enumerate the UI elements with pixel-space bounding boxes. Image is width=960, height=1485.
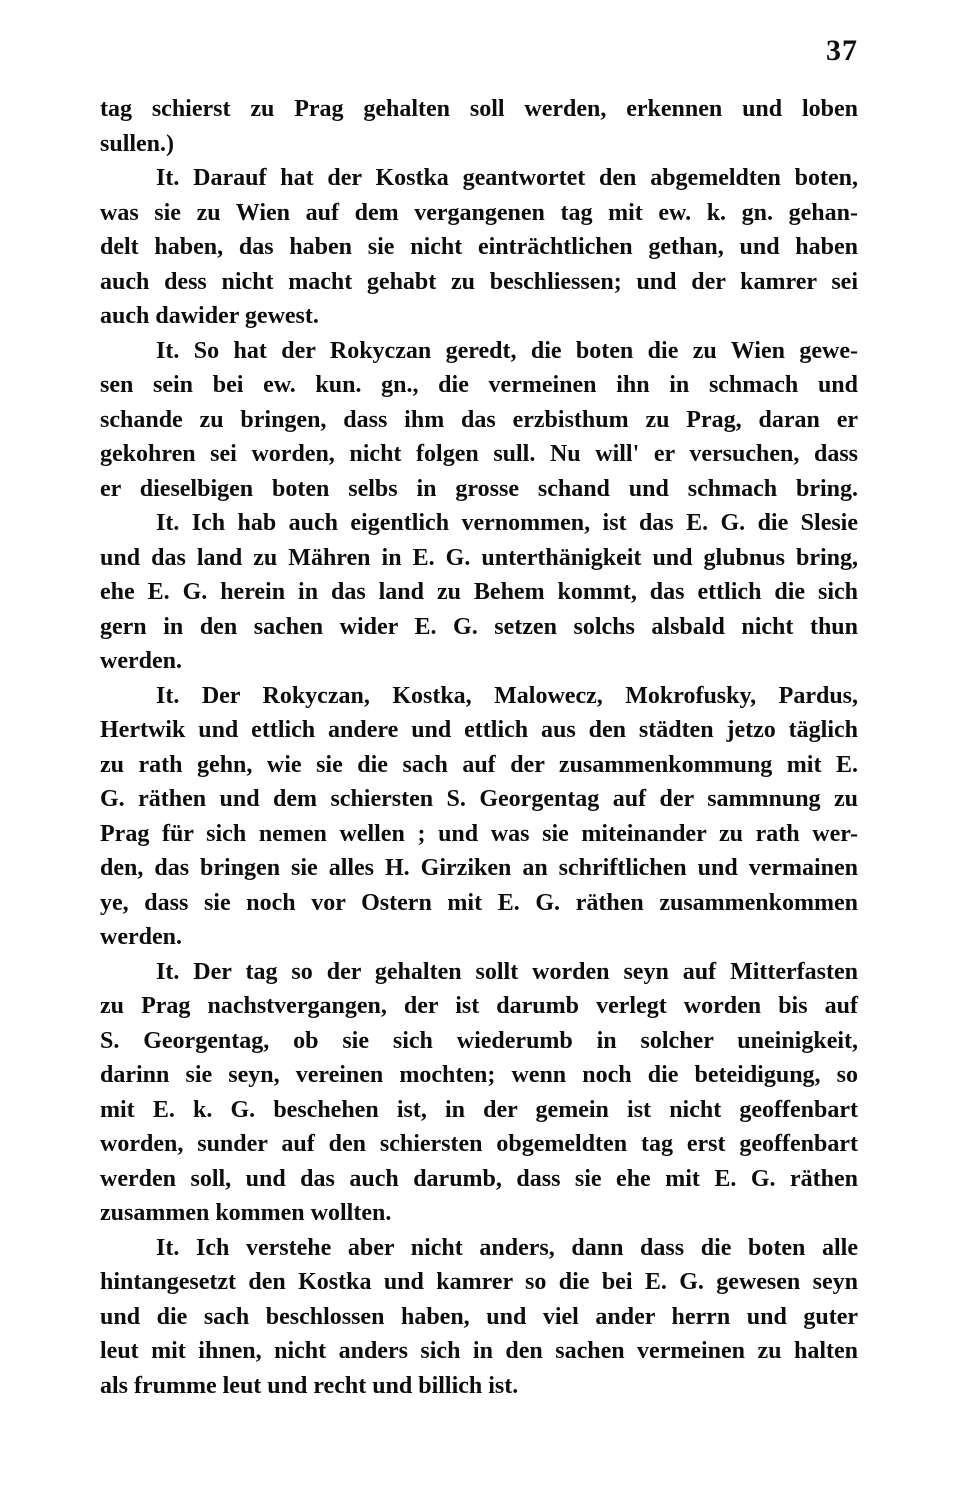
text-line: auch dawider gewest.	[100, 299, 858, 334]
text-line: mit E. k. G. beschehen ist, in der gemei…	[100, 1093, 858, 1128]
text-line: darinn sie seyn, vereinen mochten; wenn …	[100, 1058, 858, 1093]
text-line: Prag für sich nemen wellen ; und was sie…	[100, 817, 858, 852]
text-line: schande zu bringen, dass ihm das erzbist…	[100, 403, 858, 438]
text-line: werden soll, und das auch darumb, dass s…	[100, 1162, 858, 1197]
text-line: G. räthen und dem schiersten S. Georgent…	[100, 782, 858, 817]
text-line: worden, sunder auf den schiersten obgeme…	[100, 1127, 858, 1162]
text-line: It. Der Rokyczan, Kostka, Malowecz, Mokr…	[100, 679, 858, 714]
text-line: ehe E. G. herein in das land zu Behem ko…	[100, 575, 858, 610]
text-line: It. Ich verstehe aber nicht anders, dann…	[100, 1231, 858, 1266]
text-line: sullen.)	[100, 127, 858, 162]
text-line: It. Der tag so der gehalten sollt worden…	[100, 955, 858, 990]
text-line: It. Ich hab auch eigentlich vernommen, i…	[100, 506, 858, 541]
text-line: leut mit ihnen, nicht anders sich in den…	[100, 1334, 858, 1369]
text-line: gekohren sei worden, nicht folgen sull. …	[100, 437, 858, 472]
text-line: Hertwik und ettlich andere und ettlich a…	[100, 713, 858, 748]
text-line: It. So hat der Rokyczan geredt, die bote…	[100, 334, 858, 369]
text-line: It. Darauf hat der Kostka geantwortet de…	[100, 161, 858, 196]
text-block: tag schierst zu Prag gehalten soll werde…	[100, 92, 858, 1403]
text-line: werden.	[100, 920, 858, 955]
text-line: als frumme leut und recht und billich is…	[100, 1369, 858, 1404]
text-line: er dieselbigen boten selbs in grosse sch…	[100, 472, 858, 507]
text-line: und das land zu Mähren in E. G. unterthä…	[100, 541, 858, 576]
text-line: delt haben, das haben sie nicht einträch…	[100, 230, 858, 265]
text-line: zusammen kommen wollten.	[100, 1196, 858, 1231]
text-line: was sie zu Wien auf dem vergangenen tag …	[100, 196, 858, 231]
text-line: S. Georgentag, ob sie sich wiederumb in …	[100, 1024, 858, 1059]
text-line: auch dess nicht macht gehabt zu beschlie…	[100, 265, 858, 300]
text-line: zu rath gehn, wie sie die sach auf der z…	[100, 748, 858, 783]
page: 37 tag schierst zu Prag gehalten soll we…	[0, 0, 960, 1485]
text-line: gern in den sachen wider E. G. setzen so…	[100, 610, 858, 645]
page-number: 37	[826, 36, 858, 66]
text-line: werden.	[100, 644, 858, 679]
text-line: hintangesetzt den Kostka und kamrer so d…	[100, 1265, 858, 1300]
text-line: tag schierst zu Prag gehalten soll werde…	[100, 92, 858, 127]
text-line: zu Prag nachstvergangen, der ist darumb …	[100, 989, 858, 1024]
text-line: ye, dass sie noch vor Ostern mit E. G. r…	[100, 886, 858, 921]
text-line: und die sach beschlossen haben, und viel…	[100, 1300, 858, 1335]
text-line: den, das bringen sie alles H. Girziken a…	[100, 851, 858, 886]
text-line: sen sein bei ew. kun. gn., die vermeinen…	[100, 368, 858, 403]
